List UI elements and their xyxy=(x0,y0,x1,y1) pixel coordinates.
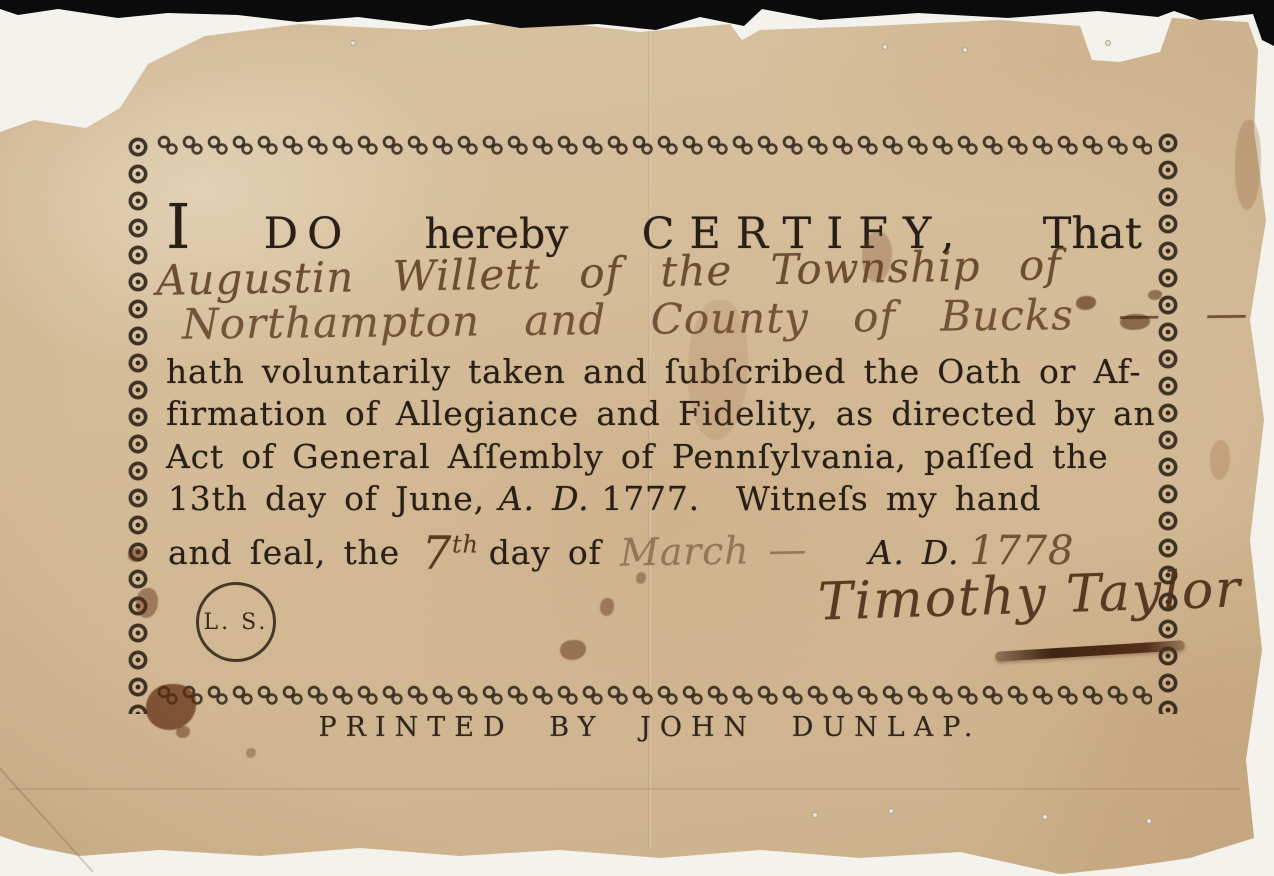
handwritten-month: March — xyxy=(619,527,807,574)
ornament-border-bottom xyxy=(156,684,1152,710)
day-of-text: day of xyxy=(489,533,602,572)
heading-do: DO xyxy=(264,209,352,259)
seal-label: L. S. xyxy=(204,610,269,635)
witness-text: Witneſs my hand xyxy=(736,479,1041,518)
pinhole xyxy=(962,47,968,53)
ornament-border-left xyxy=(124,134,152,714)
pinhole xyxy=(812,812,818,818)
pinhole xyxy=(1042,814,1048,820)
oath-line-2: firmation of Allegiance and Fidelity, as… xyxy=(166,394,1156,433)
scanned-document: I DO hereby CERTIFY, That Augustin Wille… xyxy=(0,0,1274,876)
pinhole xyxy=(1146,818,1152,824)
notary-seal: L. S. xyxy=(196,582,276,662)
handwritten-day: 7th xyxy=(422,526,479,580)
june-date-text: 13th day of June, xyxy=(168,479,485,518)
imprint-line: PRINTED BY JOHN DUNLAP. xyxy=(170,712,1130,743)
and-seal-text: and ſeal, the xyxy=(168,533,400,572)
oath-line-3: Act of General Aſſembly of Pennſylvania,… xyxy=(166,437,1108,476)
oath-line-4: 13th day of June, A. D. 1777. Witneſs my… xyxy=(168,479,1041,518)
year-1777: 1777. xyxy=(601,479,699,518)
day-suffix: th xyxy=(452,531,479,559)
heading-initial: I xyxy=(166,190,191,263)
day-number: 7 xyxy=(422,526,452,580)
ornament-border-right xyxy=(1154,130,1182,714)
oath-line-1: hath voluntarily taken and ſubſcribed th… xyxy=(166,352,1141,391)
pinhole xyxy=(1105,40,1111,46)
ad-label-1777: A. D. xyxy=(499,479,590,518)
ad-label-1778: A. D. xyxy=(869,533,960,572)
pinhole xyxy=(350,40,356,46)
pinhole xyxy=(888,808,894,814)
ornament-border-top xyxy=(156,134,1152,160)
pinhole xyxy=(882,44,888,50)
oath-line-5: and ſeal, the 7th day of March — A. D. 1… xyxy=(168,521,1074,575)
horizontal-crease xyxy=(10,788,1240,790)
